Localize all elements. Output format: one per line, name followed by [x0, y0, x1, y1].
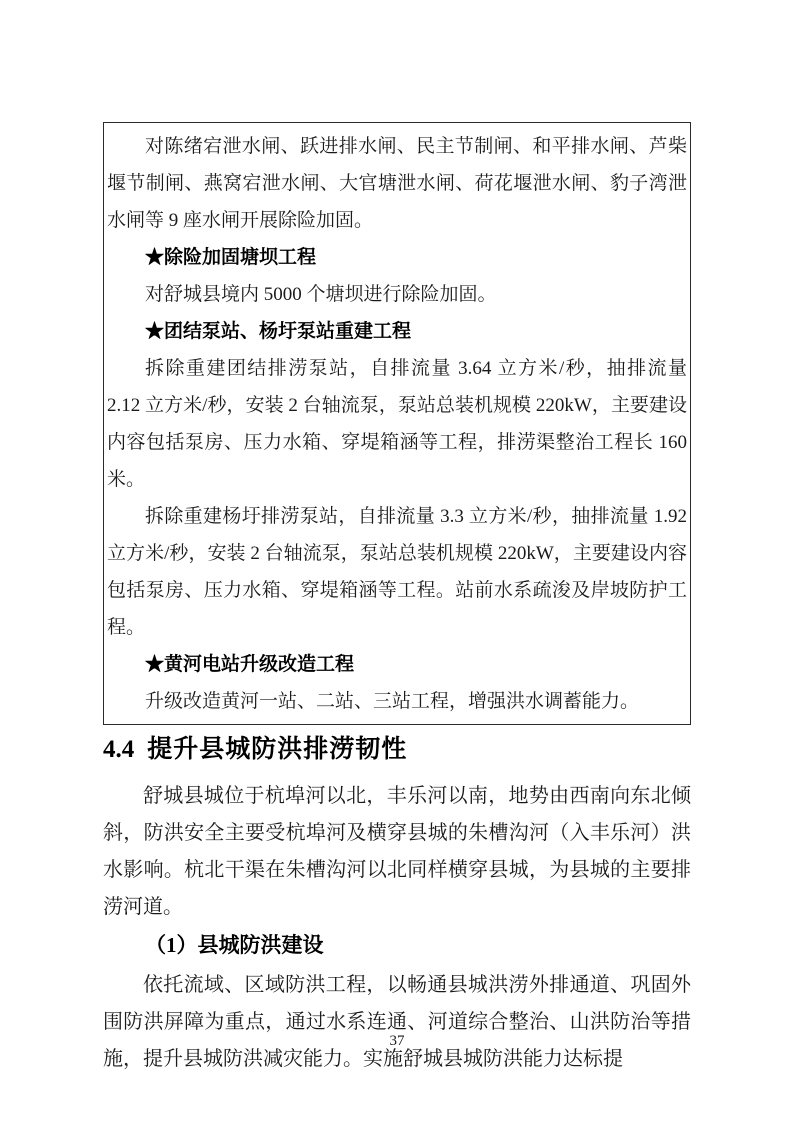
- highlight-box: 对陈绪宕泄水闸、跃进排水闸、民主节制闸、和平排水闸、芦柴堰节制闸、燕窝宕泄水闸、…: [103, 122, 691, 725]
- box-star-heading-pond-dam: ★除险加固塘坝工程: [107, 239, 687, 276]
- subsection-heading-flood-construction: （1）县城防洪建设: [103, 930, 691, 960]
- paragraph-flood-construction: 依托流域、区域防洪工程，以畅通县城洪涝外排通道、巩固外围防洪屏障为重点，通过水系…: [103, 967, 691, 1078]
- section-heading: 4.4提升县城防洪排涝韧性: [103, 732, 691, 767]
- paragraph-county-overview: 舒城县城位于杭埠河以北，丰乐河以南，地势由西南向东北倾斜，防洪安全主要受杭埠河及…: [103, 778, 691, 926]
- box-paragraph-pond-dam: 对舒城县境内 5000 个塘坝进行除险加固。: [107, 276, 687, 313]
- box-paragraph-sluice-reinforcement: 对陈绪宕泄水闸、跃进排水闸、民主节制闸、和平排水闸、芦柴堰节制闸、燕窝宕泄水闸、…: [107, 128, 687, 239]
- document-page: 对陈绪宕泄水闸、跃进排水闸、民主节制闸、和平排水闸、芦柴堰节制闸、燕窝宕泄水闸、…: [0, 0, 794, 1122]
- section-title: 提升县城防洪排涝韧性: [147, 735, 407, 763]
- section-number: 4.4: [103, 736, 134, 763]
- box-paragraph-tuanjie-pump: 拆除重建团结排涝泵站，自排流量 3.64 立方米/秒，抽排流量 2.12 立方米…: [107, 350, 687, 498]
- box-star-heading-pump-stations: ★团结泵站、杨圩泵站重建工程: [107, 313, 687, 350]
- page-number: 37: [0, 1033, 794, 1050]
- box-paragraph-yangxu-pump: 拆除重建杨圩排涝泵站，自排流量 3.3 立方米/秒，抽排流量 1.92 立方米/…: [107, 498, 687, 646]
- content-column: 对陈绪宕泄水闸、跃进排水闸、民主节制闸、和平排水闸、芦柴堰节制闸、燕窝宕泄水闸、…: [103, 122, 691, 1078]
- box-paragraph-huanghe-station: 升级改造黄河一站、二站、三站工程，增强洪水调蓄能力。: [107, 683, 687, 720]
- box-star-heading-huanghe-station: ★黄河电站升级改造工程: [107, 646, 687, 683]
